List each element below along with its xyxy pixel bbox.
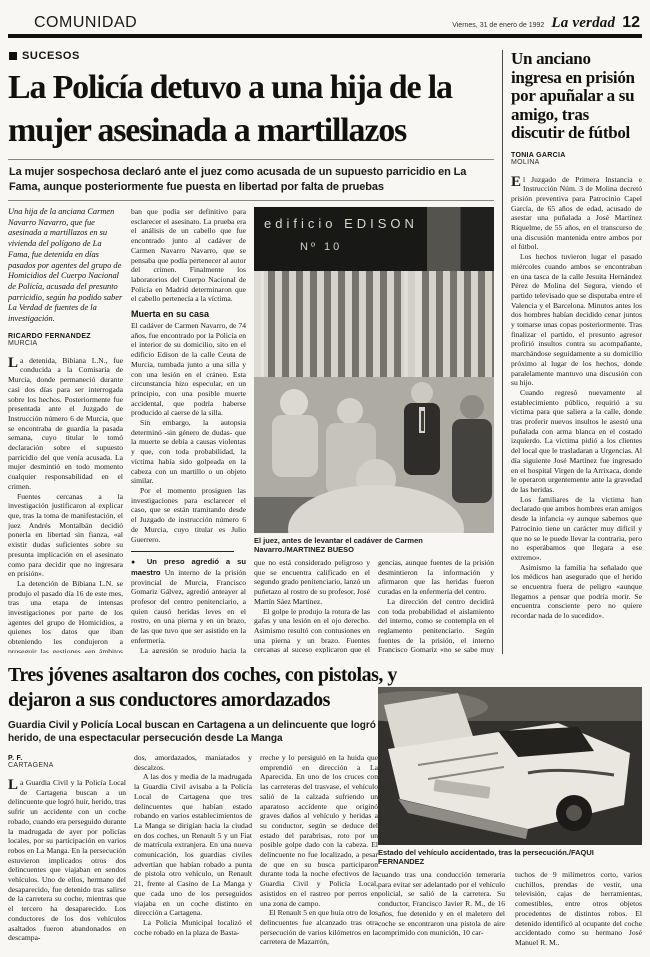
building-sign-number: Nº 10 (300, 241, 494, 253)
paragraph-text: a Guardia Civil y la Policía Local de Ca… (8, 778, 126, 942)
paragraph-text: a detenida, Bibiana L.N., fue conducida … (8, 356, 123, 491)
building-sign-name: edificio EDISON (264, 216, 494, 231)
header-rule (8, 34, 642, 38)
below-photo-columns: que no está considerado peligroso y que … (254, 558, 494, 653)
bottom-column-5: tuchos de 9 milímetros corto, varios cuc… (515, 870, 642, 956)
section-bullet-icon (9, 52, 17, 60)
body-paragraph: La dirección del centro decidirá con tod… (378, 597, 494, 653)
page-number: 12 (622, 14, 640, 32)
main-column-4: gencias, aunque fuentes de la prisión de… (378, 558, 494, 653)
byline-author: RICARDO FERNANDEZ (8, 333, 123, 340)
body-paragraph: Cuando regresó nuevamente al establecimi… (511, 388, 642, 495)
body-paragraph: Fuentes cercanas a la investigación just… (8, 492, 123, 579)
body-paragraph: tuchos de 9 milímetros corto, varios cuc… (515, 870, 642, 948)
brief-divider (131, 551, 234, 552)
byline-author: TONIA GARCIA (511, 152, 642, 159)
body-paragraph: Sin embargo, la autopsia determinó -sin … (131, 418, 246, 486)
kicker: SUCESOS (9, 50, 494, 62)
main-column-3: que no está considerado peligroso y que … (254, 558, 370, 653)
building-sign: edificio EDISON Nº 10 (254, 207, 494, 271)
bottom-column-2: dos, amordazados, maniatados y descalzos… (134, 753, 252, 957)
main-article-columns: Una hija de la anciana Carmen Navarro Na… (8, 207, 494, 653)
body-paragraph: ban que podía ser definitivo para esclar… (131, 207, 246, 304)
right-byline: TONIA GARCIA MOLINA (511, 152, 642, 166)
kicker-label: SUCESOS (22, 50, 80, 62)
body-paragraph: La Policía Municipal localizó el coche r… (134, 918, 252, 937)
body-paragraph: Por el momento prosiguen las investigaci… (131, 486, 246, 544)
crime-scene-photo: edificio EDISON Nº 10 (254, 207, 494, 533)
photo-caption: Estado del vehículo accidentado, tras la… (378, 848, 642, 866)
body-paragraph: El golpe le produjo la rotura de las gaf… (254, 607, 370, 653)
bottom-photo-region: Estado del vehículo accidentado, tras la… (378, 687, 642, 956)
byline-place: MURCIA (8, 340, 123, 347)
main-column-1: Una hija de la anciana Carmen Navarro Na… (8, 207, 123, 653)
main-subheadline: La mujer sospechosa declaró ante el juez… (9, 165, 493, 194)
byline-place: MOLINA (511, 159, 642, 166)
brief-text: Un interno de la prisión provincial de M… (131, 568, 246, 645)
crashed-car-photo (378, 687, 642, 845)
body-paragraph: Asimismo la familia ha señalado que los … (511, 563, 642, 621)
lede-paragraph: Una hija de la anciana Carmen Navarro Na… (8, 207, 123, 325)
body-paragraph: A las dos y media de la madrugada la Gua… (134, 772, 252, 918)
bottom-column-3: rreche y lo persiguió en la huida que em… (260, 753, 378, 957)
crowd-figures (254, 377, 494, 533)
main-article: SUCESOS La Policía detuvo a una hija de … (8, 50, 494, 654)
main-photo-region: edificio EDISON Nº 10 (254, 207, 494, 653)
body-paragraph: La agresión se produjo hacia la medianoc… (131, 646, 246, 653)
bottom-columns: P. F. CARTAGENA La Guardia Civil y la Po… (8, 753, 390, 957)
byline-place: CARTAGENA (8, 762, 126, 769)
building-facade (254, 271, 494, 383)
body-paragraph: El Juzgado de Primera Instancia e Instru… (511, 175, 642, 253)
body-paragraph: La detención de Bibiana L.N. se produjo … (8, 579, 123, 653)
newspaper-page: COMUNIDAD Viernes, 31 de enero de 1992 L… (0, 0, 650, 957)
drop-cap: L (8, 356, 20, 370)
body-paragraph: El Renault 5 en que huía otro de los del… (260, 908, 378, 947)
upper-section: SUCESOS La Policía detuvo a una hija de … (8, 50, 642, 654)
section-title: COMUNIDAD (34, 14, 137, 32)
bottom-byline: P. F. CARTAGENA (8, 755, 126, 769)
bottom-column-1: P. F. CARTAGENA La Guardia Civil y la Po… (8, 753, 126, 957)
bottom-subheadline: Guardia Civil y Policía Local buscan en … (8, 719, 428, 745)
bottom-column-4: cuando tras una conducción temeraria par… (378, 870, 505, 956)
drop-cap: L (8, 778, 20, 792)
right-article: Un anciano ingresa en prisión por apuñal… (502, 50, 642, 654)
page-header: COMUNIDAD Viernes, 31 de enero de 1992 L… (8, 8, 642, 32)
body-paragraph: Los hechos tuvieron lugar el pasado miér… (511, 252, 642, 388)
bottom-below-photo-columns: cuando tras una conducción temeraria par… (378, 870, 642, 956)
body-paragraph: El cadáver de Carmen Navarro, de 74 años… (131, 321, 246, 418)
main-headline: La Policía detuvo a una hija de la mujer… (8, 66, 494, 152)
body-paragraph: dos, amordazados, maniatados y descalzos… (134, 753, 252, 772)
body-paragraph: que no está considerado peligroso y que … (254, 558, 370, 607)
main-subhead-block: La mujer sospechosa declaró ante el juez… (8, 159, 494, 201)
body-paragraph: cuando tras una conducción temeraria par… (378, 870, 505, 938)
body-paragraph: La Guardia Civil y la Policía Local de C… (8, 778, 126, 943)
photo-caption: El juez, antes de levantar el cadáver de… (254, 536, 494, 554)
byline-author: P. F. (8, 755, 126, 762)
masthead-brand: La verdad (551, 15, 615, 32)
main-byline: RICARDO FERNANDEZ MURCIA (8, 333, 123, 347)
body-paragraph: gencias, aunque fuentes de la prisión de… (378, 558, 494, 597)
crashed-car-illustration (378, 687, 642, 845)
body-paragraph: Los familiares de la víctima han declara… (511, 495, 642, 563)
bullet-icon: ● (131, 558, 140, 566)
news-brief: ● Un preso agredió a su maestro Un inter… (131, 557, 246, 645)
header-right: Viernes, 31 de enero de 1992 La verdad 1… (452, 14, 642, 32)
bottom-article: Tres jóvenes asaltaron dos coches, con p… (8, 663, 642, 957)
publication-date: Viernes, 31 de enero de 1992 (452, 22, 544, 29)
right-article-body: El Juzgado de Primera Instancia e Instru… (511, 175, 642, 621)
body-paragraph: La detenida, Bibiana L.N., fue conducida… (8, 356, 123, 492)
right-headline: Un anciano ingresa en prisión por apuñal… (511, 50, 642, 143)
body-paragraph: rreche y lo persiguió en la huida que em… (260, 753, 378, 908)
crosshead: Muerta en su casa (131, 309, 246, 319)
drop-cap: E (511, 175, 523, 189)
paragraph-text: l Juzgado de Primera Instancia e Instruc… (511, 175, 642, 252)
main-column-2: ban que podía ser definitivo para esclar… (131, 207, 246, 653)
